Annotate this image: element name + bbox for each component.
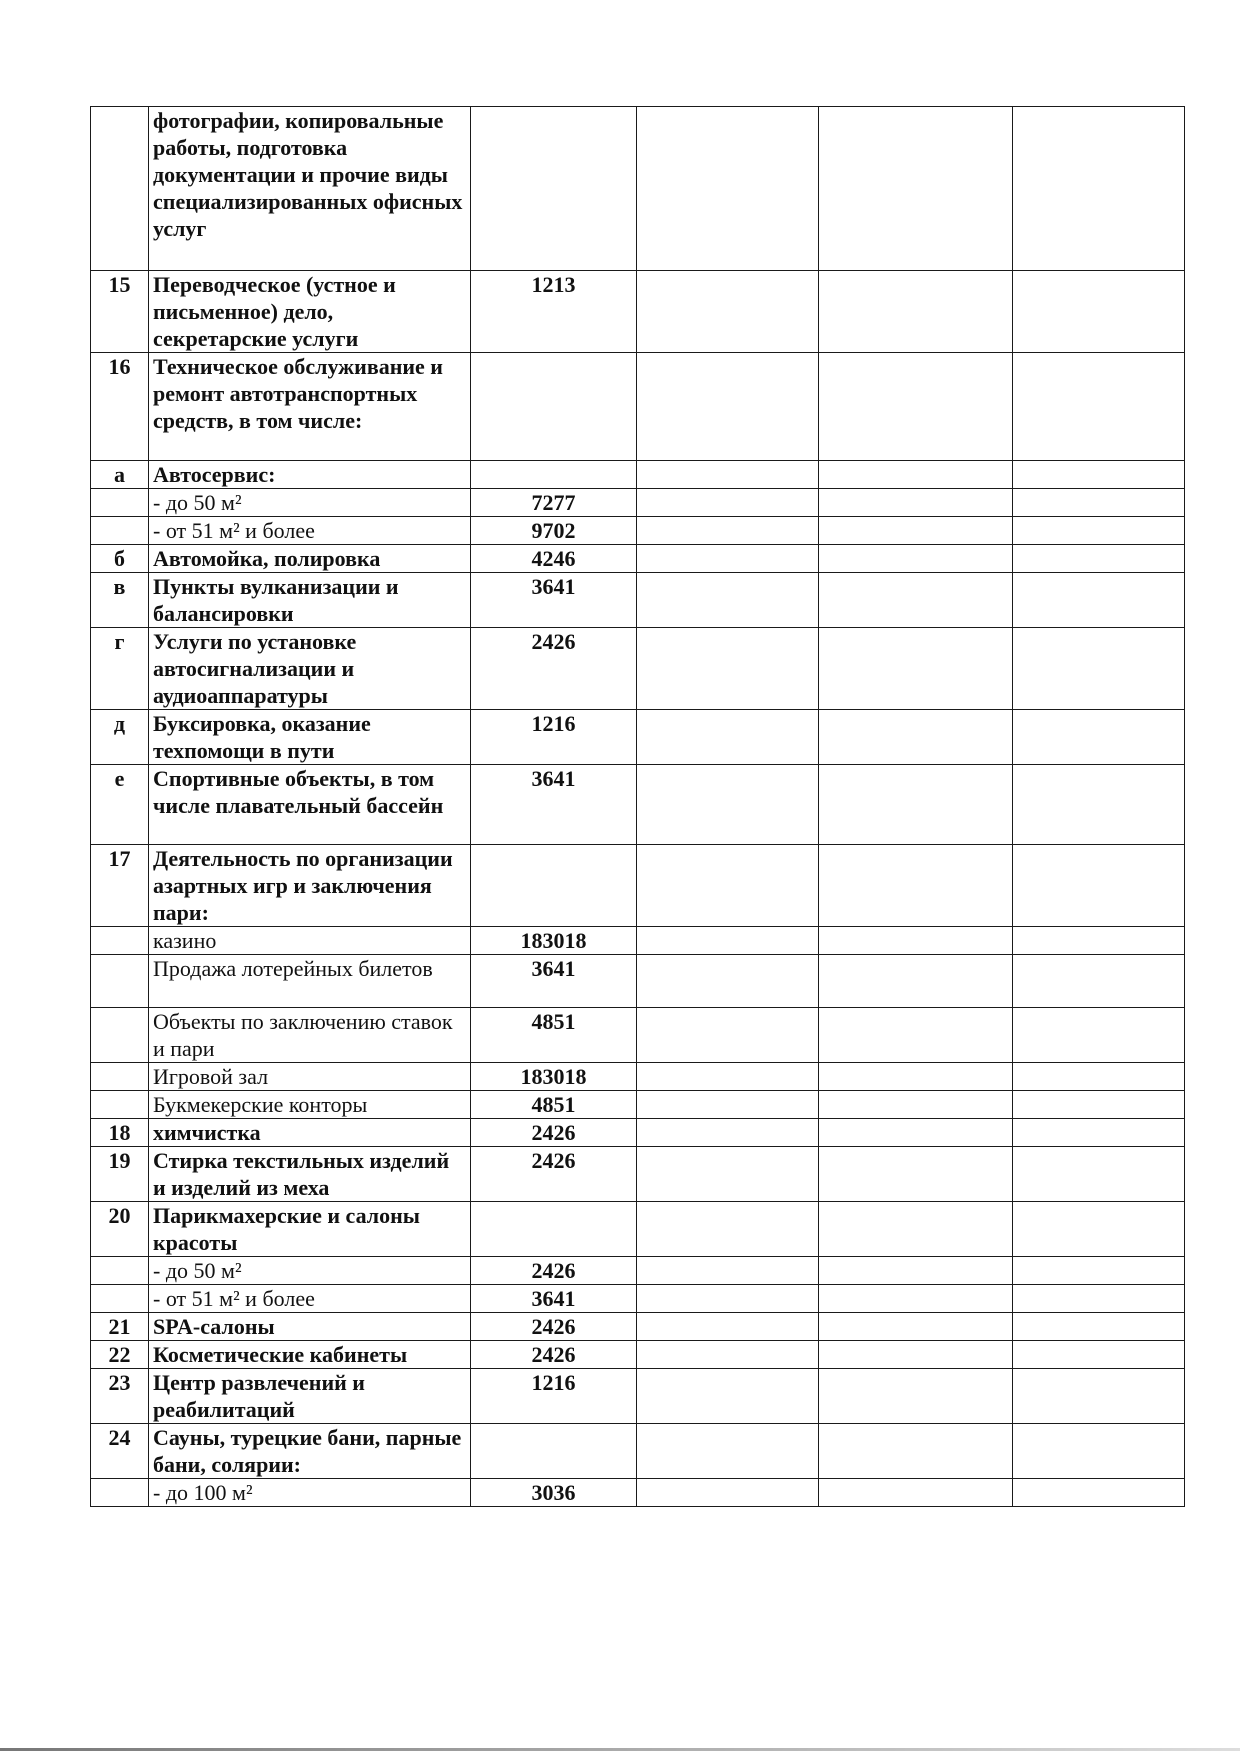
row-number	[91, 107, 149, 271]
empty-cell	[1013, 1369, 1185, 1424]
row-value	[471, 1424, 637, 1479]
row-description: Переводческое (устное и письменное) дело…	[149, 271, 471, 353]
empty-cell	[637, 1257, 819, 1285]
table-row: гУслуги по установке автосигнализации и …	[91, 628, 1185, 710]
empty-cell	[637, 353, 819, 461]
row-number	[91, 1063, 149, 1091]
empty-cell	[1013, 107, 1185, 271]
empty-cell	[1013, 1257, 1185, 1285]
empty-cell	[637, 1479, 819, 1507]
empty-cell	[637, 1008, 819, 1063]
row-description: Центр развлечений и реабилитаций	[149, 1369, 471, 1424]
table-row: аАвтосервис:	[91, 461, 1185, 489]
empty-cell	[1013, 710, 1185, 765]
empty-cell	[637, 955, 819, 1008]
table-row: бАвтомойка, полировка4246	[91, 545, 1185, 573]
row-number: е	[91, 765, 149, 845]
empty-cell	[819, 1257, 1013, 1285]
row-value: 2426	[471, 1147, 637, 1202]
row-description: Услуги по установке автосигнализации и а…	[149, 628, 471, 710]
row-number	[91, 1285, 149, 1313]
row-number	[91, 1008, 149, 1063]
row-number: 17	[91, 845, 149, 927]
empty-cell	[637, 489, 819, 517]
table-row: Букмекерские конторы4851	[91, 1091, 1185, 1119]
table-row: - от 51 м² и более3641	[91, 1285, 1185, 1313]
empty-cell	[1013, 927, 1185, 955]
empty-cell	[1013, 1008, 1185, 1063]
row-value: 3641	[471, 765, 637, 845]
empty-cell	[637, 845, 819, 927]
table-row: - до 50 м²2426	[91, 1257, 1185, 1285]
empty-cell	[819, 1424, 1013, 1479]
row-value: 2426	[471, 628, 637, 710]
table-row: - до 100 м²3036	[91, 1479, 1185, 1507]
table-row: фотографии, копировальные работы, подгот…	[91, 107, 1185, 271]
scan-edge	[0, 1748, 1240, 1751]
empty-cell	[819, 955, 1013, 1008]
table-row: вПункты вулканизации и балансировки3641	[91, 573, 1185, 628]
empty-cell	[1013, 1091, 1185, 1119]
empty-cell	[637, 1119, 819, 1147]
table-row: 24Сауны, турецкие бани, парные бани, сол…	[91, 1424, 1185, 1479]
row-number: в	[91, 573, 149, 628]
table-row: 20Парикмахерские и салоны красоты	[91, 1202, 1185, 1257]
row-number: 18	[91, 1119, 149, 1147]
empty-cell	[819, 353, 1013, 461]
empty-cell	[637, 545, 819, 573]
table-row: 19Стирка текстильных изделий и изделий и…	[91, 1147, 1185, 1202]
row-description: Деятельность по организации азартных игр…	[149, 845, 471, 927]
empty-cell	[819, 107, 1013, 271]
empty-cell	[637, 1285, 819, 1313]
empty-cell	[819, 489, 1013, 517]
empty-cell	[819, 1063, 1013, 1091]
row-description: фотографии, копировальные работы, подгот…	[149, 107, 471, 271]
row-description: - до 50 м²	[149, 489, 471, 517]
row-value: 9702	[471, 517, 637, 545]
table-row: еСпортивные объекты, в том числе плавате…	[91, 765, 1185, 845]
row-value: 4246	[471, 545, 637, 573]
empty-cell	[1013, 489, 1185, 517]
empty-cell	[637, 1063, 819, 1091]
table-row: 22Косметические кабинеты2426	[91, 1341, 1185, 1369]
empty-cell	[1013, 845, 1185, 927]
row-value: 183018	[471, 1063, 637, 1091]
row-description: - от 51 м² и более	[149, 517, 471, 545]
row-description: Спортивные объекты, в том числе плавател…	[149, 765, 471, 845]
empty-cell	[819, 1369, 1013, 1424]
empty-cell	[637, 1341, 819, 1369]
row-number: 16	[91, 353, 149, 461]
table-row: 17Деятельность по организации азартных и…	[91, 845, 1185, 927]
row-description: Косметические кабинеты	[149, 1341, 471, 1369]
empty-cell	[1013, 353, 1185, 461]
empty-cell	[819, 1091, 1013, 1119]
row-value: 3641	[471, 955, 637, 1008]
row-description: Пункты вулканизации и балансировки	[149, 573, 471, 628]
row-value: 4851	[471, 1091, 637, 1119]
row-number	[91, 1091, 149, 1119]
row-value: 1216	[471, 1369, 637, 1424]
table-row: 21SPA-салоны2426	[91, 1313, 1185, 1341]
row-number: б	[91, 545, 149, 573]
empty-cell	[1013, 1202, 1185, 1257]
empty-cell	[1013, 545, 1185, 573]
row-value: 3641	[471, 1285, 637, 1313]
row-description: - от 51 м² и более	[149, 1285, 471, 1313]
row-number	[91, 955, 149, 1008]
empty-cell	[1013, 1119, 1185, 1147]
row-value	[471, 1202, 637, 1257]
empty-cell	[637, 1424, 819, 1479]
empty-cell	[1013, 1341, 1185, 1369]
row-number: 22	[91, 1341, 149, 1369]
empty-cell	[637, 107, 819, 271]
table-row: 15Переводческое (устное и письменное) де…	[91, 271, 1185, 353]
empty-cell	[819, 1479, 1013, 1507]
empty-cell	[1013, 1285, 1185, 1313]
row-value: 2426	[471, 1257, 637, 1285]
empty-cell	[1013, 765, 1185, 845]
row-value: 4851	[471, 1008, 637, 1063]
empty-cell	[1013, 461, 1185, 489]
empty-cell	[1013, 1313, 1185, 1341]
empty-cell	[1013, 1147, 1185, 1202]
row-number: г	[91, 628, 149, 710]
empty-cell	[819, 1147, 1013, 1202]
empty-cell	[637, 1202, 819, 1257]
row-value	[471, 461, 637, 489]
table-row: казино183018	[91, 927, 1185, 955]
table-row: - до 50 м²7277	[91, 489, 1185, 517]
empty-cell	[637, 1091, 819, 1119]
row-number: д	[91, 710, 149, 765]
empty-cell	[819, 845, 1013, 927]
rates-table-body: фотографии, копировальные работы, подгот…	[91, 107, 1185, 1507]
row-value	[471, 845, 637, 927]
empty-cell	[819, 927, 1013, 955]
empty-cell	[819, 1313, 1013, 1341]
rates-table: фотографии, копировальные работы, подгот…	[90, 106, 1185, 1507]
empty-cell	[819, 628, 1013, 710]
empty-cell	[637, 1369, 819, 1424]
row-value: 1216	[471, 710, 637, 765]
row-value: 183018	[471, 927, 637, 955]
empty-cell	[819, 1202, 1013, 1257]
empty-cell	[637, 271, 819, 353]
row-value	[471, 107, 637, 271]
empty-cell	[1013, 628, 1185, 710]
row-number	[91, 517, 149, 545]
empty-cell	[819, 1341, 1013, 1369]
empty-cell	[819, 765, 1013, 845]
row-number	[91, 1479, 149, 1507]
empty-cell	[637, 461, 819, 489]
table-row: 23Центр развлечений и реабилитаций1216	[91, 1369, 1185, 1424]
table-row: 16Техническое обслуживание и ремонт авто…	[91, 353, 1185, 461]
row-description: казино	[149, 927, 471, 955]
table-row: Продажа лотерейных билетов3641	[91, 955, 1185, 1008]
empty-cell	[819, 1285, 1013, 1313]
empty-cell	[819, 1008, 1013, 1063]
row-description: Букмекерские конторы	[149, 1091, 471, 1119]
row-value: 3641	[471, 573, 637, 628]
row-number: 21	[91, 1313, 149, 1341]
empty-cell	[1013, 573, 1185, 628]
row-number	[91, 489, 149, 517]
empty-cell	[819, 545, 1013, 573]
empty-cell	[637, 765, 819, 845]
empty-cell	[1013, 1479, 1185, 1507]
row-description: Стирка текстильных изделий и изделий из …	[149, 1147, 471, 1202]
empty-cell	[637, 710, 819, 765]
empty-cell	[1013, 271, 1185, 353]
empty-cell	[819, 271, 1013, 353]
row-description: Объекты по заключению ставок и пари	[149, 1008, 471, 1063]
row-description: Сауны, турецкие бани, парные бани, соляр…	[149, 1424, 471, 1479]
row-value: 2426	[471, 1119, 637, 1147]
row-number: 24	[91, 1424, 149, 1479]
empty-cell	[1013, 1063, 1185, 1091]
empty-cell	[637, 927, 819, 955]
row-number: 23	[91, 1369, 149, 1424]
row-value: 2426	[471, 1313, 637, 1341]
row-description: Техническое обслуживание и ремонт автотр…	[149, 353, 471, 461]
empty-cell	[1013, 955, 1185, 1008]
row-description: Буксировка, оказание техпомощи в пути	[149, 710, 471, 765]
empty-cell	[1013, 517, 1185, 545]
empty-cell	[637, 573, 819, 628]
empty-cell	[819, 461, 1013, 489]
row-description: Продажа лотерейных билетов	[149, 955, 471, 1008]
table-row: Объекты по заключению ставок и пари4851	[91, 1008, 1185, 1063]
row-value	[471, 353, 637, 461]
empty-cell	[637, 517, 819, 545]
row-number: 20	[91, 1202, 149, 1257]
empty-cell	[819, 710, 1013, 765]
empty-cell	[637, 628, 819, 710]
empty-cell	[819, 517, 1013, 545]
row-number	[91, 927, 149, 955]
row-description: Автосервис:	[149, 461, 471, 489]
row-value: 7277	[471, 489, 637, 517]
row-description: SPA-салоны	[149, 1313, 471, 1341]
row-value: 3036	[471, 1479, 637, 1507]
empty-cell	[637, 1147, 819, 1202]
document-page: фотографии, копировальные работы, подгот…	[0, 0, 1240, 1755]
table-row: - от 51 м² и более9702	[91, 517, 1185, 545]
table-row: 18 химчистка2426	[91, 1119, 1185, 1147]
empty-cell	[819, 1119, 1013, 1147]
row-value: 1213	[471, 271, 637, 353]
row-description: - до 50 м²	[149, 1257, 471, 1285]
row-description: Игровой зал	[149, 1063, 471, 1091]
empty-cell	[819, 573, 1013, 628]
row-number: 15	[91, 271, 149, 353]
row-value: 2426	[471, 1341, 637, 1369]
row-number: 19	[91, 1147, 149, 1202]
row-number	[91, 1257, 149, 1285]
empty-cell	[1013, 1424, 1185, 1479]
row-description: химчистка	[149, 1119, 471, 1147]
row-description: Парикмахерские и салоны красоты	[149, 1202, 471, 1257]
row-description: Автомойка, полировка	[149, 545, 471, 573]
empty-cell	[637, 1313, 819, 1341]
table-row: Игровой зал183018	[91, 1063, 1185, 1091]
table-row: дБуксировка, оказание техпомощи в пути12…	[91, 710, 1185, 765]
row-description: - до 100 м²	[149, 1479, 471, 1507]
row-number: а	[91, 461, 149, 489]
